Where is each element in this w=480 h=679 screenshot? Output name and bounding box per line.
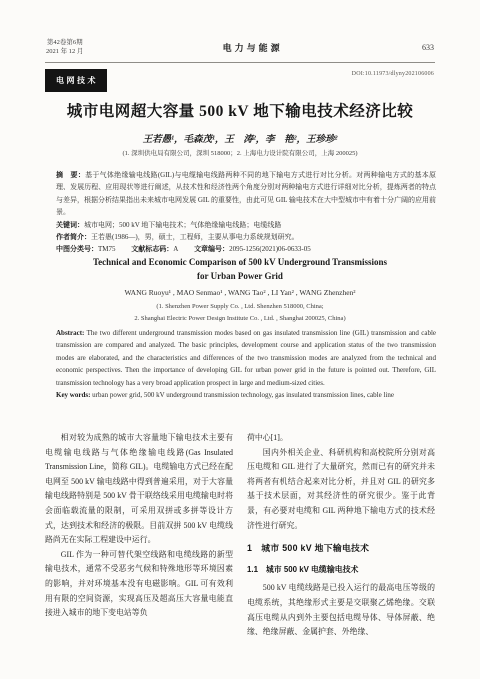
article-id-pair: 文章编号：2095-1256(2021)06-0633-05	[194, 245, 311, 253]
column-tag: 电网技术	[45, 69, 107, 92]
section-heading-1-1: 1.1 城市 500 kV 电缆输电技术	[247, 563, 435, 578]
affiliation-en-line1: (1. Shenzhen Power Supply Co. , Ltd. She…	[20, 301, 460, 313]
keywords-text-en: urban power grid, 500 kV underground tra…	[92, 391, 394, 399]
affiliation-cn: (1. 深圳供电局有限公司，深圳 518000；2. 上海电力设计院有限公司，上…	[20, 148, 460, 157]
article-title-en: Technical and Economic Comparison of 500…	[30, 256, 450, 283]
keywords-label-en: Key words:	[56, 391, 90, 399]
clc-pair: 中图分类号：TM75	[56, 245, 116, 253]
page-number: 633	[422, 43, 434, 52]
affiliation-en: (1. Shenzhen Power Supply Co. , Ltd. She…	[20, 301, 460, 324]
volume-line: 第42卷第6期	[46, 38, 83, 48]
section-heading-1: 1 城市 500 kV 地下输电技术	[247, 541, 435, 556]
article-title-cn: 城市电网超大容量 500 kV 地下输电技术经济比较	[20, 99, 460, 121]
doc-code-value: A	[173, 245, 178, 253]
volume-issue: 第42卷第6期 2021 年 12 月	[46, 38, 83, 57]
body-paragraph: GIL 作为一种可替代架空线路和电缆线路的新型输电技术，通常不受恶劣气候和特殊地…	[45, 548, 233, 621]
body-paragraph: 500 kV 电缆线路是已投入运行的最高电压等级的电缆系统，其绝缘形式主要是交联…	[247, 581, 435, 639]
abstract-cn: 摘 要：基于气体绝缘输电线路(GIL)与电缆输电线路两种不同的地下输电方式进行对…	[56, 169, 436, 219]
clc-label: 中图分类号：	[56, 245, 98, 253]
article-title-en-line1: Technical and Economic Comparison of 500…	[30, 256, 450, 270]
author-bio: 作者简介：王若愚(1986—)，男，硕士，工程师，主要从事电力系统规划研究。	[56, 231, 436, 243]
doi: DOI:10.11973/dlyny202106006	[352, 71, 434, 77]
keywords-label-cn: 关键词：	[56, 221, 84, 229]
body-paragraph: 国内外相关企业、科研机构和高校院所分别对高压电缆和 GIL 进行了大量研究，然而…	[247, 446, 435, 534]
body-column-left: 相对较为成熟的城市大容量地下输电技术主要有电缆输电线路与气体绝缘输电线路(Gas…	[45, 431, 233, 640]
author-bio-label: 作者简介：	[56, 233, 91, 241]
running-head: 第42卷第6期 2021 年 12 月 电力与能源 633	[46, 35, 434, 59]
abstract-block-cn: 摘 要：基于气体绝缘输电线路(GIL)与电缆输电线路两种不同的地下输电方式进行对…	[56, 169, 436, 256]
date-line: 2021 年 12 月	[46, 47, 83, 57]
keywords-en: Key words: urban power grid, 500 kV unde…	[56, 389, 436, 401]
abstract-en: Abstract: The two different underground …	[56, 327, 436, 389]
journal-page: 第42卷第6期 2021 年 12 月 电力与能源 633 电网技术 DOI:1…	[0, 0, 480, 679]
authors-en: WANG Ruoyu¹ , MAO Senmao¹ , WANG Tao² , …	[20, 288, 460, 297]
article-id-value: 2095-1256(2021)06-0633-05	[229, 245, 311, 253]
affiliation-en-line2: 2. Shanghai Electric Power Design Instit…	[20, 313, 460, 325]
body-paragraph: 相对较为成熟的城市大容量地下输电技术主要有电缆输电线路与气体绝缘输电线路(Gas…	[45, 431, 233, 548]
doc-code-pair: 文献标志码：A	[131, 245, 178, 253]
journal-name: 电力与能源	[223, 41, 283, 54]
article-id-label: 文章编号：	[194, 245, 229, 253]
abstract-block-en: Abstract: The two different underground …	[56, 327, 436, 401]
abstract-label-en: Abstract:	[56, 329, 84, 337]
classification-line: 中图分类号：TM75 文献标志码：A 文章编号：2095-1256(2021)0…	[56, 243, 436, 255]
keywords-text-cn: 城市电网；500 kV 地下输电技术；气体绝缘输电线路；电缆线路	[84, 221, 281, 229]
body-columns: 相对较为成熟的城市大容量地下输电技术主要有电缆输电线路与气体绝缘输电线路(Gas…	[45, 431, 435, 640]
abstract-text-cn: 基于气体绝缘输电线路(GIL)与电缆输电线路两种不同的地下输电方式进行对比分析。…	[56, 171, 436, 216]
abstract-label-cn: 摘 要：	[56, 171, 85, 179]
authors-cn: 王若愚¹，毛森茂¹，王 涛²，李 艳²，王珍珍²	[20, 131, 460, 145]
author-bio-text: 王若愚(1986—)，男，硕士，工程师，主要从事电力系统规划研究。	[91, 233, 299, 241]
clc-value: TM75	[98, 245, 116, 253]
keywords-cn: 关键词：城市电网；500 kV 地下输电技术；气体绝缘输电线路；电缆线路	[56, 219, 436, 231]
abstract-text-en: The two different underground transmissi…	[56, 329, 436, 387]
doc-code-label: 文献标志码：	[131, 245, 173, 253]
header-rule	[45, 62, 435, 63]
article-title-en-line2: for Urban Power Grid	[30, 270, 450, 284]
body-paragraph-continuation: 荷中心[1]。	[247, 431, 435, 446]
body-column-right: 荷中心[1]。 国内外相关企业、科研机构和高校院所分别对高压电缆和 GIL 进行…	[247, 431, 435, 640]
